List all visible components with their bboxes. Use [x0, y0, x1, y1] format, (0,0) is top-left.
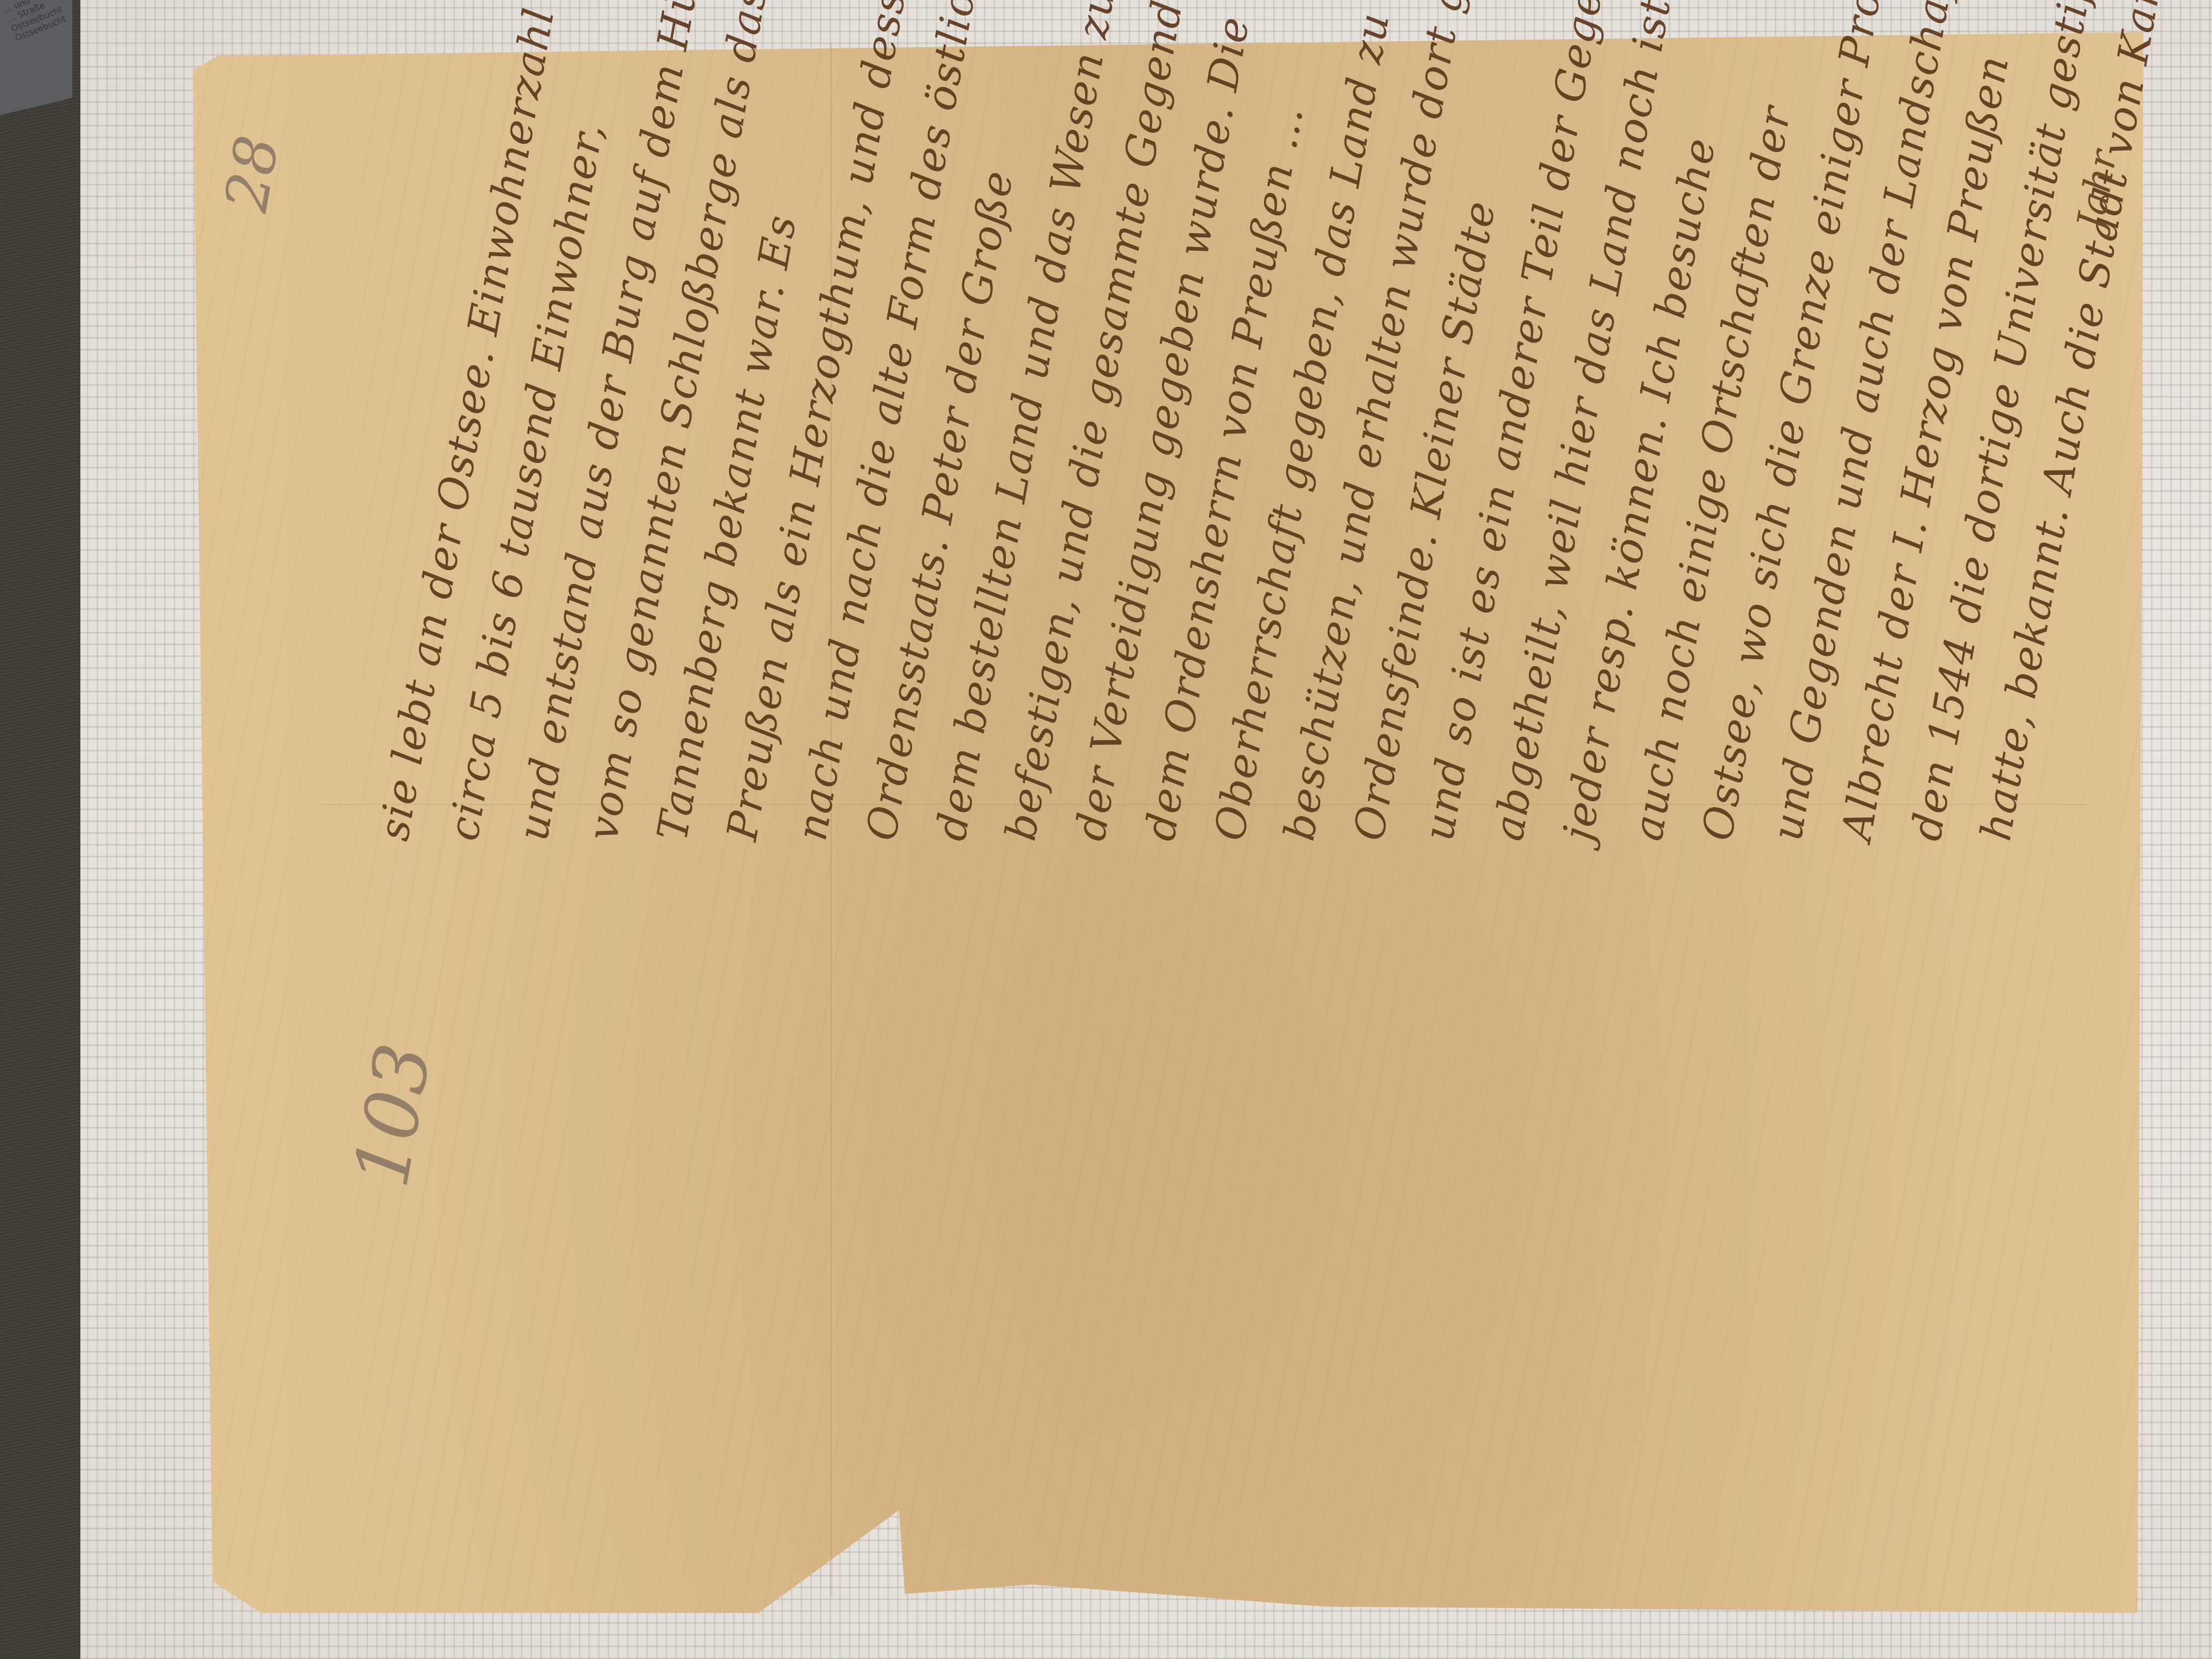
olive-binder-strip	[0, 0, 80, 1659]
folio-number: 28	[212, 131, 292, 216]
printed-paper-slip: ... und ... Straße Ostseebucht Ostseebuc…	[0, 0, 72, 115]
